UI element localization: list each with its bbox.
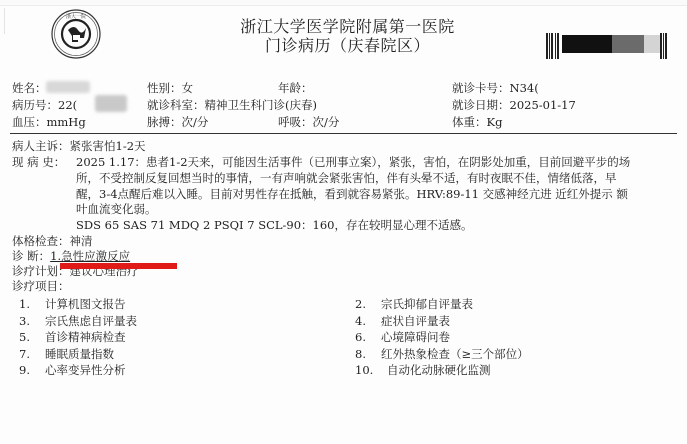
name-label: 姓名： bbox=[12, 81, 47, 95]
chief-complaint: 病人主诉：紧张害怕1-2天 bbox=[12, 139, 146, 155]
respiration-field: 呼吸：次/分 bbox=[278, 114, 339, 130]
physical-exam-label: 体格检查： bbox=[12, 234, 70, 248]
treatment-item: 7.睡眠质量指数 bbox=[19, 346, 114, 362]
weight-value: Kg bbox=[487, 115, 503, 129]
treatment-items-label: 诊疗项目： bbox=[12, 279, 70, 295]
redacted-record-number bbox=[95, 95, 127, 112]
treatment-item: 9.心率变异性分析 bbox=[19, 362, 126, 378]
blood-pressure-label: 血压： bbox=[12, 115, 47, 129]
pulse-field: 脉搏：次/分 bbox=[147, 114, 208, 130]
present-history-line-4: 叶血流变化弱。 bbox=[76, 202, 157, 218]
age-field: 年龄： bbox=[278, 80, 313, 96]
present-history-line-2: 所，不受控制反复回想当时的事情，一有声响就会紧张害怕，伴有头晕不适，有时夜眠不佳… bbox=[76, 171, 617, 187]
treatment-item: 3.宗氏焦虑自评量表 bbox=[19, 313, 137, 329]
blood-pressure-value: mmHg bbox=[47, 115, 86, 129]
redacted-name bbox=[46, 81, 90, 93]
medical-record-page: 浙大一院 浙江大学医学院附属第一医院 门诊病历（庆春院区） 姓名： 性别：女 年… bbox=[0, 0, 687, 444]
treatment-item: 10.自动化动脉硬化监测 bbox=[355, 362, 491, 378]
name-field: 姓名： bbox=[12, 80, 47, 96]
treatment-item: 8.红外热象检查（≥三个部位） bbox=[355, 346, 529, 362]
card-number-field: 就诊卡号：N34( bbox=[452, 80, 539, 96]
card-number-label: 就诊卡号： bbox=[452, 81, 510, 95]
gender-value: 女 bbox=[182, 81, 194, 95]
treatment-item: 2.宗氏抑郁自评量表 bbox=[355, 296, 473, 312]
diagnosis-value: 1.急性应激反应 bbox=[50, 249, 130, 263]
present-history-label: 现 病 史： bbox=[12, 155, 65, 171]
gender-label: 性别： bbox=[147, 81, 182, 95]
chief-complaint-label: 病人主诉： bbox=[12, 139, 70, 153]
respiration-label: 呼吸： bbox=[278, 115, 313, 129]
visit-date-value: 2025-01-17 bbox=[510, 98, 576, 112]
blood-pressure-field: 血压：mmHg bbox=[12, 114, 86, 130]
physical-exam: 体格检查：神清 bbox=[12, 234, 93, 250]
record-number-value: 22( bbox=[58, 98, 77, 112]
assessment-scales-line: SDS 65 SAS 71 MDQ 2 PSQI 7 SCL-90：160，存在… bbox=[76, 218, 472, 234]
chief-complaint-value: 紧张害怕1-2天 bbox=[70, 139, 146, 153]
treatment-item: 1.计算机图文报告 bbox=[19, 296, 126, 312]
pulse-value: 次/分 bbox=[182, 115, 209, 129]
respiration-value: 次/分 bbox=[313, 115, 340, 129]
red-highlight-mark bbox=[60, 263, 177, 269]
weight-label: 体重： bbox=[452, 115, 487, 129]
visit-date-field: 就诊日期：2025-01-17 bbox=[452, 97, 576, 113]
header-divider bbox=[10, 133, 677, 134]
visit-date-label: 就诊日期： bbox=[452, 98, 510, 112]
age-label: 年龄： bbox=[278, 81, 313, 95]
physical-exam-value: 神清 bbox=[70, 234, 93, 248]
present-history-line-3: 醒，3-4点醒后难以入睡。目前对男性存在抵触，看到就容易紧张。HRV:89-11… bbox=[76, 187, 628, 203]
department-label: 就诊科室： bbox=[147, 98, 205, 112]
present-history-line-1: 2025 1.17：患者1-2天来，可能因生活事件（已刑事立案），紧张，害怕，在… bbox=[76, 155, 630, 171]
treatment-item: 6.心境障碍问卷 bbox=[355, 329, 450, 345]
record-number-label: 病历号： bbox=[12, 98, 58, 112]
department-field: 就诊科室：精神卫生科门诊(庆春) bbox=[147, 97, 317, 113]
treatment-item: 5.首诊精神病检查 bbox=[19, 329, 126, 345]
barcode-icon bbox=[546, 31, 668, 61]
weight-field: 体重：Kg bbox=[452, 114, 502, 130]
department-value: 精神卫生科门诊(庆春) bbox=[205, 98, 317, 112]
diagnosis-label: 诊 断： bbox=[12, 249, 50, 263]
record-number-field: 病历号：22( bbox=[12, 97, 77, 113]
treatment-item: 4.症状自评量表 bbox=[355, 313, 450, 329]
page-top-edge bbox=[0, 0, 687, 6]
gender-field: 性别：女 bbox=[147, 80, 193, 96]
card-number-value: N34( bbox=[510, 81, 539, 95]
pulse-label: 脉搏： bbox=[147, 115, 182, 129]
